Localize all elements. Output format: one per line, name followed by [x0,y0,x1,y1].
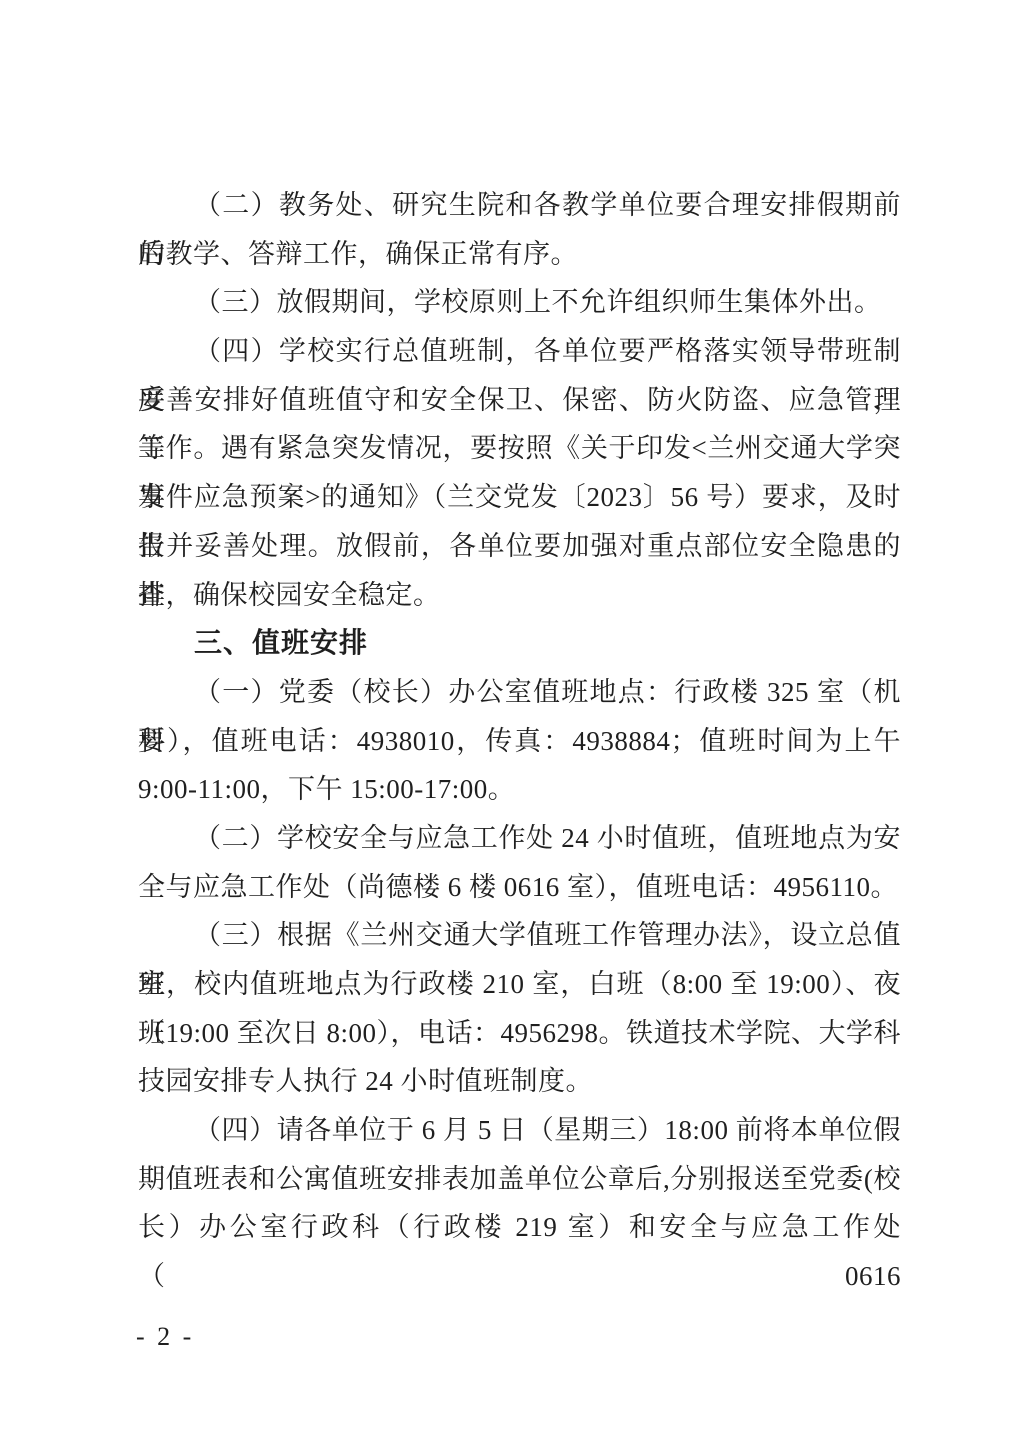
body-line: 事件应急预案>的通知》（兰交党发〔2023〕56 号）要求，及时报 [138,473,901,522]
body-line: （四）学校实行总值班制，各单位要严格落实领导带班制度， [138,327,901,376]
body-line: （19:00 至次日 8:00），电话：4956298。铁道技术学院、大学科 [138,1009,901,1058]
body-line: 科），值班电话：4938010，传真：4938884；值班时间为上午 [138,717,901,766]
document-body: （二）教务处、研究生院和各教学单位要合理安排假期前后 的教学、答辩工作，确保正常… [138,181,901,1252]
body-line: （三）放假期间，学校原则上不允许组织师生集体外出。 [138,278,901,327]
body-line: 的教学、答辩工作，确保正常有序。 [138,230,901,279]
body-line: （三）根据《兰州交通大学值班工作管理办法》，设立总值班 [138,911,901,960]
body-line: 技园安排专人执行 24 小时值班制度。 [138,1057,901,1106]
body-line: 室，校内值班地点为行政楼 210 室，白班（8:00 至 19:00）、夜班 [138,960,901,1009]
page-number: - 2 - [136,1322,194,1352]
body-line: 期值班表和公寓值班安排表加盖单位公章后,分别报送至党委(校 [138,1155,901,1204]
section-heading-duty-arrangement: 三、值班安排 [138,619,901,668]
body-line: （二）学校安全与应急工作处 24 小时值班，值班地点为安 [138,814,901,863]
document-page: （二）教务处、研究生院和各教学单位要合理安排假期前后 的教学、答辩工作，确保正常… [0,0,1024,1448]
body-line: 9:00-11:00，下午 15:00-17:00。 [138,765,901,814]
body-line: 妥善安排好值班值守和安全保卫、保密、防火防盗、应急管理等 [138,376,901,425]
body-line: （四）请各单位于 6 月 5 日（星期三）18:00 前将本单位假 [138,1106,901,1155]
body-line: （二）教务处、研究生院和各教学单位要合理安排假期前后 [138,181,901,230]
body-line: （一）党委（校长）办公室值班地点：行政楼 325 室（机要 [138,668,901,717]
body-line: 工作。遇有紧急突发情况，要按照《关于印发<兰州交通大学突发 [138,424,901,473]
body-line: 全与应急工作处（尚德楼 6 楼 0616 室），值班电话：4956110。 [138,863,901,912]
body-line: 查，确保校园安全稳定。 [138,571,901,620]
body-line: 长）办公室行政科（行政楼 219 室）和安全与应急工作处（0616 [138,1203,901,1252]
body-line: 告并妥善处理。放假前，各单位要加强对重点部位安全隐患的排 [138,522,901,571]
